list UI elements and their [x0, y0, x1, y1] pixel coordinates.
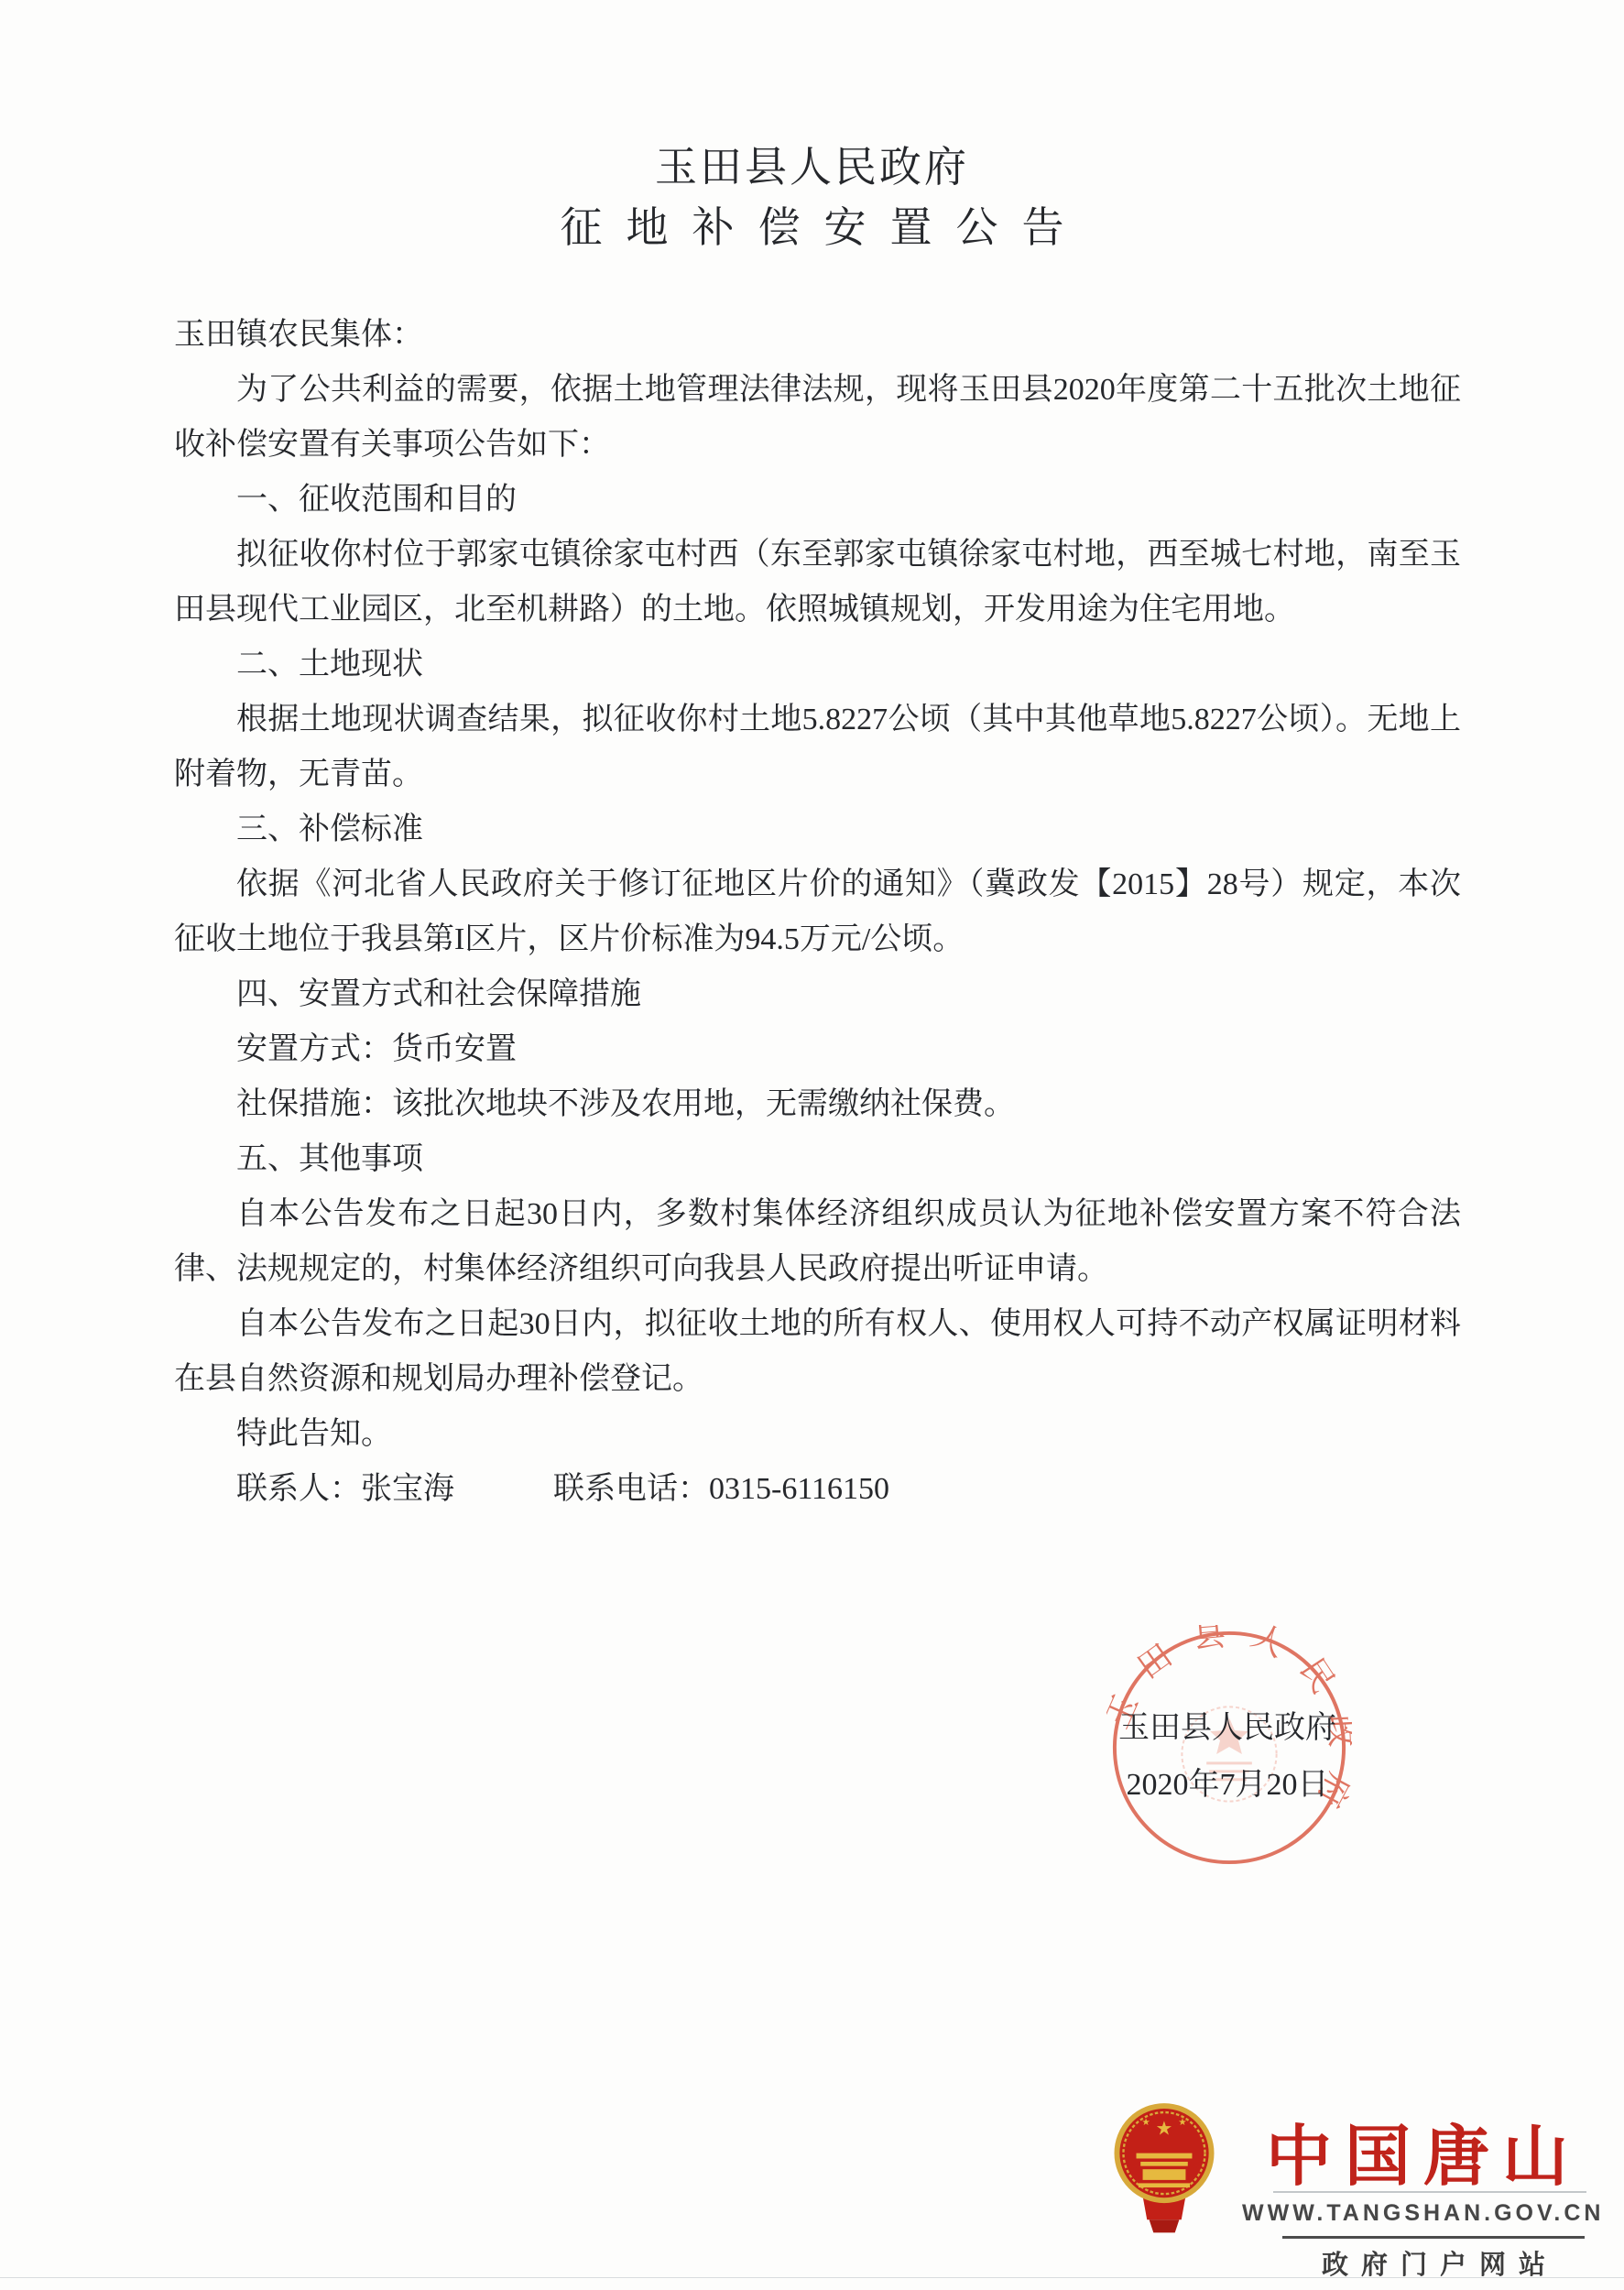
- signature-block: 玉田县人民政府 2020年7月20日: [1035, 1700, 1420, 1814]
- footer-website-url: WWW.TANGSHAN.GOV.CN: [1242, 2200, 1590, 2227]
- body-paragraph: 为了公共利益的需要，依据土地管理法律法规，现将玉田县2020年度第二十五批次土地…: [174, 363, 1461, 473]
- paragraph-list: 为了公共利益的需要，依据土地管理法律法规，现将玉田县2020年度第二十五批次土地…: [174, 363, 1461, 1462]
- body-paragraph: 二、土地现状: [174, 638, 1461, 692]
- body-paragraph: 五、其他事项: [174, 1132, 1461, 1187]
- body-paragraph: 四、安置方式和社会保障措施: [174, 967, 1461, 1022]
- body-paragraph: 一、征收范围和目的: [174, 473, 1461, 528]
- contact-person-name: 张宝海: [361, 1472, 454, 1506]
- contact-phone-number: 0315-6116150: [709, 1472, 889, 1506]
- body-paragraph: 自本公告发布之日起30日内，拟征收土地的所有权人、使用权人可持不动产权属证明材料…: [174, 1297, 1461, 1407]
- document-issuer-title: 玉田县人民政府: [0, 134, 1624, 194]
- body-paragraph: 特此告知。: [174, 1407, 1461, 1462]
- body-paragraph: 自本公告发布之日起30日内，多数村集体经济组织成员认为征地补偿安置方案不符合法律…: [174, 1187, 1461, 1297]
- contact-phone-label: 联系电话：: [553, 1472, 709, 1506]
- body-paragraph: 三、补偿标准: [174, 802, 1461, 857]
- document-body: 玉田镇农民集体： 为了公共利益的需要，依据土地管理法律法规，现将玉田县2020年…: [174, 308, 1461, 1517]
- announcement-document-page: 玉田县人民政府 征地补偿安置公告 玉田镇农民集体： 为了公共利益的需要，依据土地…: [0, 0, 1624, 2290]
- body-paragraph: 拟征收你村位于郭家屯镇徐家屯村西（东至郭家屯镇徐家屯村地，西至城七村地，南至玉田…: [174, 528, 1461, 638]
- salutation: 玉田镇农民集体：: [174, 308, 1461, 363]
- contact-person-label: 联系人：: [236, 1472, 361, 1506]
- signature-date: 2020年7月20日: [1035, 1757, 1420, 1814]
- signature-authority: 玉田县人民政府: [1035, 1700, 1420, 1757]
- footer-url-underline: [1282, 2236, 1585, 2239]
- body-paragraph: 安置方式：货币安置: [174, 1022, 1461, 1077]
- document-subtitle: 征地补偿安置公告: [0, 194, 1624, 255]
- national-emblem-icon: ★ ★ ★: [1110, 2099, 1218, 2237]
- footer-tagline: 政府门户网站: [1282, 2244, 1585, 2282]
- body-paragraph: 根据土地现状调查结果，拟征收你村土地5.8227公顷（其中其他草地5.8227公…: [174, 692, 1461, 802]
- footer-brand-name: 中国唐山: [1244, 2103, 1590, 2198]
- svg-text:★: ★: [1141, 2118, 1150, 2128]
- body-paragraph: 社保措施：该批次地块不涉及农用地，无需缴纳社保费。: [174, 1077, 1461, 1132]
- page-bottom-divider: [0, 2277, 1624, 2278]
- contact-line: 联系人：张宝海联系电话：0315-6116150: [174, 1462, 1461, 1517]
- svg-text:★: ★: [1156, 2118, 1173, 2140]
- body-paragraph: 依据《河北省人民政府关于修订征地区片价的通知》（冀政发【2015】28号）规定，…: [174, 857, 1461, 967]
- svg-text:★: ★: [1178, 2118, 1187, 2128]
- footer-brand-divider: [1273, 2191, 1586, 2193]
